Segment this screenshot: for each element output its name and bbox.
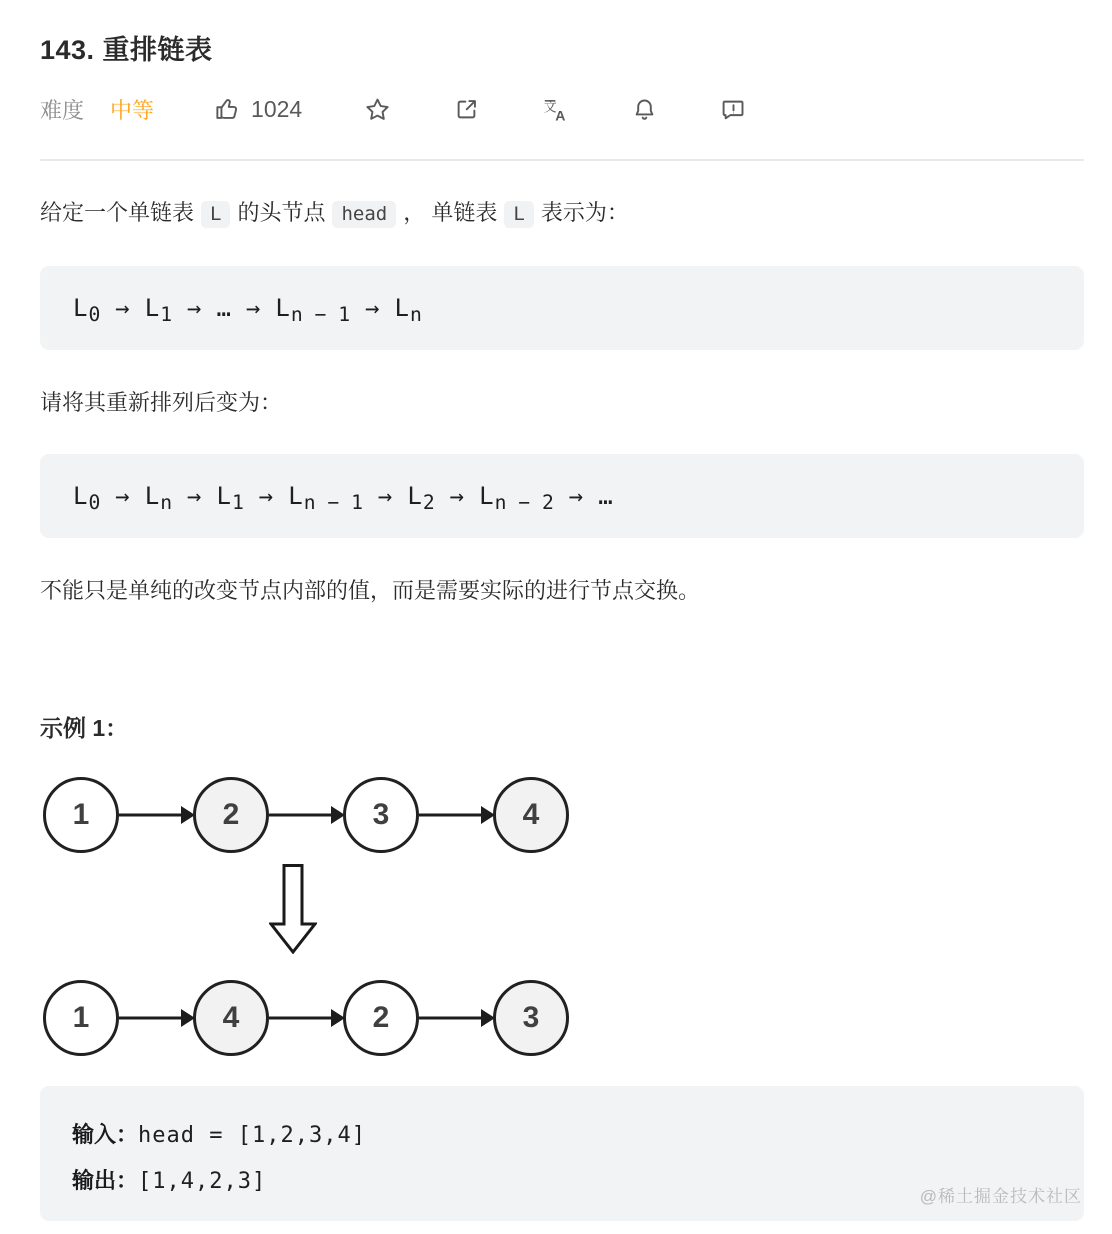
- share-button[interactable]: [453, 96, 480, 123]
- link-arrow: [119, 1009, 193, 1027]
- formula-token: →: [246, 294, 260, 322]
- formula-token: →: [569, 482, 583, 510]
- formula-block-original: L0→L1→…→Ln − 1→Ln: [40, 266, 1084, 350]
- bell-icon: [631, 96, 658, 123]
- list-node: 4: [193, 980, 269, 1056]
- formula-token: →: [187, 294, 201, 322]
- formula-token: Ln − 1: [288, 482, 363, 510]
- watermark: @稀土掘金技术社区: [920, 1182, 1082, 1207]
- favorite-button[interactable]: [364, 96, 391, 123]
- text-segment: 给定一个单链表: [40, 200, 194, 225]
- list-node: 2: [343, 980, 419, 1056]
- reorder-instruction: 请将其重新排列后变为：: [40, 387, 1084, 418]
- formula-token: →: [259, 482, 273, 510]
- like-button[interactable]: 1024: [214, 96, 302, 123]
- example-output-line: 输出：[1,4,2,3]: [72, 1158, 1052, 1204]
- translate-button[interactable]: 文 A: [542, 96, 569, 123]
- list-node: 4: [493, 777, 569, 853]
- formula-block-reordered: L0→Ln→L1→Ln − 1→L2→Ln − 2→…: [40, 454, 1084, 538]
- formula-token: →: [187, 482, 201, 510]
- linked-list-before: 1234: [43, 777, 1084, 853]
- meta-row: 难度 中等 1024: [40, 89, 1084, 129]
- text-segment: 的头节点: [237, 200, 325, 225]
- problem-statement: 给定一个单链表L的头节点head， 单链表L表示为：: [40, 197, 1084, 230]
- formula-token: Ln: [145, 482, 172, 510]
- input-value: head = [1,2,3,4]: [138, 1123, 366, 1148]
- formula-token: Ln: [395, 294, 422, 322]
- difficulty-value: 中等: [110, 94, 154, 125]
- linked-list-after: 1423: [43, 980, 1084, 1056]
- input-label: 输入：: [72, 1122, 138, 1147]
- formula-token: L1: [145, 294, 172, 322]
- formula-token: L0: [73, 482, 100, 510]
- text-segment: 表示为：: [541, 200, 629, 225]
- translate-icon: 文 A: [542, 96, 569, 123]
- down-arrow-icon: [269, 941, 317, 958]
- output-value: [1,4,2,3]: [138, 1169, 266, 1194]
- text-segment: ， 单链表: [403, 200, 497, 225]
- list-node: 3: [493, 980, 569, 1056]
- star-icon: [364, 96, 391, 123]
- page-title: 143. 重排链表: [40, 28, 1084, 67]
- output-label: 输出：: [72, 1168, 138, 1193]
- inline-code-L: L: [201, 201, 230, 228]
- like-count: 1024: [251, 96, 302, 123]
- formula-token: Ln − 2: [479, 482, 554, 510]
- difficulty-label: 难度: [40, 94, 84, 125]
- notifications-button[interactable]: [631, 96, 658, 123]
- feedback-button[interactable]: [720, 96, 747, 123]
- formula-token: →: [365, 294, 379, 322]
- share-icon: [453, 96, 480, 123]
- feedback-icon: [720, 96, 747, 123]
- example-heading: 示例 1：: [40, 710, 1084, 743]
- formula-token: …: [598, 482, 612, 510]
- divider: [40, 159, 1084, 161]
- formula-token: Ln − 1: [275, 294, 350, 322]
- inline-code-head: head: [332, 201, 396, 228]
- formula-token: L1: [217, 482, 244, 510]
- link-arrow: [419, 1009, 493, 1027]
- svg-text:A: A: [555, 107, 565, 123]
- link-arrow: [269, 806, 343, 824]
- formula-token: …: [217, 294, 231, 322]
- problem-page: 143. 重排链表 难度 中等 1024: [0, 28, 1112, 1221]
- inline-code-L: L: [504, 201, 533, 228]
- transform-arrow: [269, 864, 1084, 954]
- constraint-note: 不能只是单纯的改变节点内部的值，而是需要实际的进行节点交换。: [40, 575, 1084, 606]
- example-input-line: 输入：head = [1,2,3,4]: [72, 1112, 1052, 1158]
- formula-token: L2: [407, 482, 434, 510]
- list-node: 1: [43, 980, 119, 1056]
- link-arrow: [419, 806, 493, 824]
- formula-token: →: [115, 294, 129, 322]
- link-arrow: [119, 806, 193, 824]
- list-node: 2: [193, 777, 269, 853]
- thumbs-up-icon: [214, 96, 241, 123]
- list-node: 1: [43, 777, 119, 853]
- formula-token: L0: [73, 294, 100, 322]
- formula-token: →: [115, 482, 129, 510]
- link-arrow: [269, 1009, 343, 1027]
- list-node: 3: [343, 777, 419, 853]
- formula-token: →: [450, 482, 464, 510]
- formula-token: →: [378, 482, 392, 510]
